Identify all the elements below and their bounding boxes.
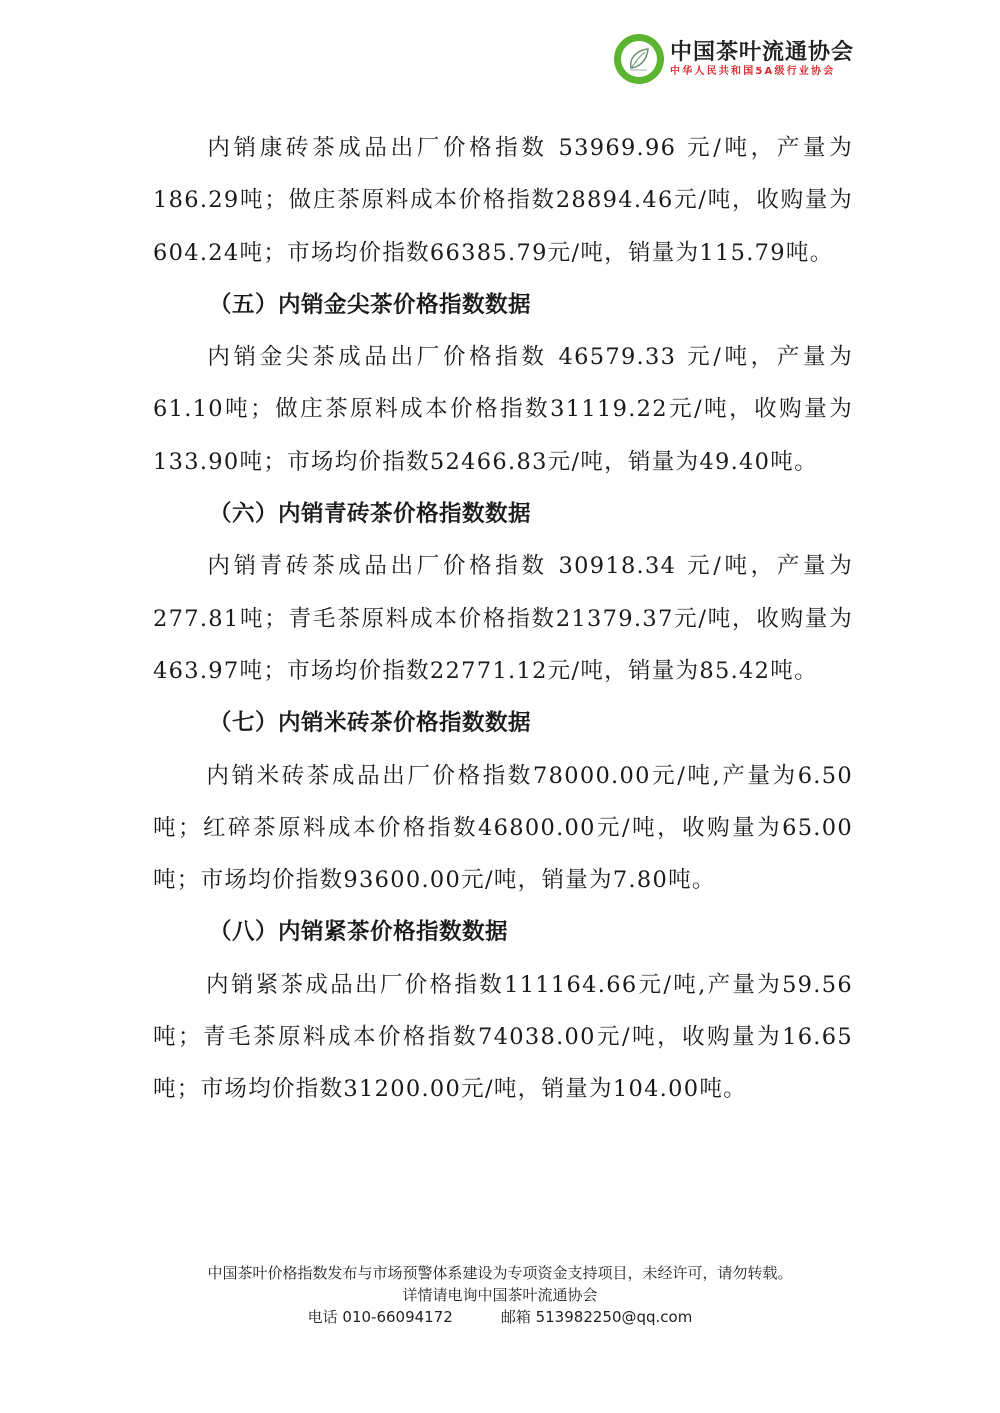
page-footer: 中国茶叶价格指数发布与市场预警体系建设为专项资金支持项目，未经许可，请勿转载。 … [0,1262,1000,1328]
paragraph-qingzhuan: 内销青砖茶成品出厂价格指数 30918.34 元/吨，产量为277.81吨；青毛… [153,540,853,697]
phone-number: 电话 010-66094172 [308,1306,453,1328]
heading-qingzhuan: （六）内销青砖茶价格指数数据 [153,488,853,540]
paragraph-mizhuan: 内销米砖茶成品出厂价格指数78000.00元/吨,产量为6.50吨；红碎茶原料成… [153,750,853,907]
copyright-notice: 中国茶叶价格指数发布与市场预警体系建设为专项资金支持项目，未经许可，请勿转载。 [0,1262,1000,1284]
contact-line: 电话 010-66094172邮箱 513982250@qq.com [0,1306,1000,1328]
heading-jinjian: （五）内销金尖茶价格指数数据 [153,279,853,331]
logo-subtitle: 中华人民共和国5A级行业协会 [670,65,854,79]
paragraph-jincha: 内销紧茶成品出厂价格指数111164.66元/吨,产量为59.56吨；青毛茶原料… [153,959,853,1116]
logo-title: 中国茶叶流通协会 [670,39,854,65]
document-body: 内销康砖茶成品出厂价格指数 53969.96 元/吨，产量为186.29吨；做庄… [153,122,853,1116]
association-logo: 中国茶叶流通协会 中华人民共和国5A级行业协会 [614,34,854,84]
tea-leaf-emblem-icon [614,34,664,84]
paragraph-jinjian: 内销金尖茶成品出厂价格指数 46579.33 元/吨，产量为61.10吨；做庄茶… [153,331,853,488]
inquiry-line: 详情请电询中国茶叶流通协会 [0,1284,1000,1306]
heading-jincha: （八）内销紧茶价格指数数据 [153,906,853,958]
email-address: 邮箱 513982250@qq.com [501,1306,693,1328]
heading-mizhuan: （七）内销米砖茶价格指数数据 [153,697,853,749]
paragraph-kangzhuan: 内销康砖茶成品出厂价格指数 53969.96 元/吨，产量为186.29吨；做庄… [153,122,853,279]
